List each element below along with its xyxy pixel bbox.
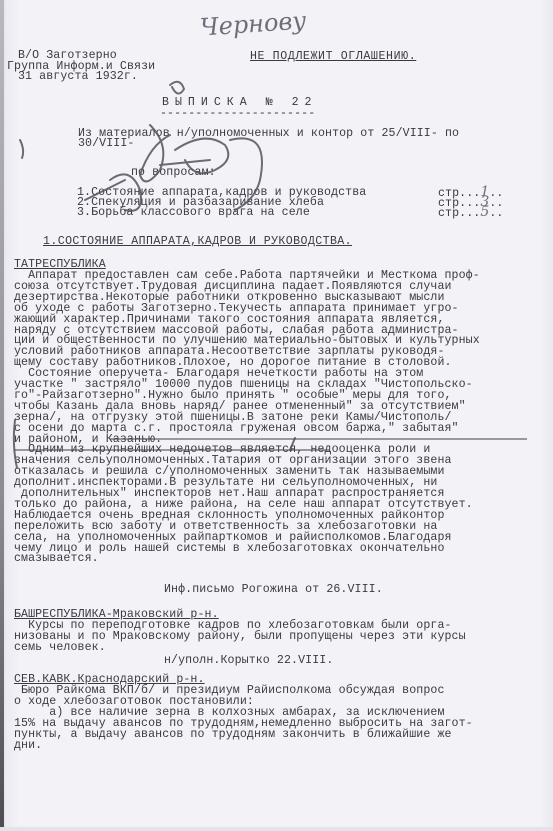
confidential-stamp: НЕ ПОДЛЕЖИТ ОГЛАШЕНИЮ.	[250, 51, 416, 62]
bashkir-signature: н/уполн.Корытко 22.VIII.	[164, 655, 333, 666]
body-text-line: села, на уполномоченных райпарткомов и р…	[14, 532, 452, 543]
document-date: 31 августа 1932г.	[18, 71, 138, 82]
toc-page-number: 5	[480, 204, 489, 220]
intro-line-2: 30/VIII-	[78, 138, 134, 149]
tatar-signature: Инф.письмо Рогожина от 26.VIII.	[164, 584, 383, 595]
handwritten-addressee: Чернову	[199, 6, 307, 41]
toc-item: 3.Борьба классового врага на селе	[77, 207, 310, 218]
questions-label: по вопросам:	[131, 167, 216, 178]
document-page: Чернову В/О Заготзерно Группа Информ.и С…	[0, 0, 553, 831]
body-text-line: дни.	[14, 740, 42, 751]
scan-bottom-edge	[0, 827, 553, 831]
body-text-line: пункты, а выдачу авансов по трудодням за…	[14, 729, 452, 740]
intro-line-1: Из материалов н/уполномоченных и контор …	[78, 128, 459, 139]
title-underline: ----------------------	[160, 108, 315, 119]
section-heading: 1.СОСТОЯНИЕ АППАРАТА,КАДРОВ И РУКОВОДСТВ…	[43, 236, 352, 247]
body-text-line: с осени до марта с.г. простояла груженая…	[14, 423, 459, 434]
body-text-line: семь человек.	[14, 642, 106, 653]
toc-page-label: стр...5..	[438, 207, 504, 219]
body-text-line: смазывается.	[14, 553, 99, 564]
body-text-line: жающий характер.Причинами такого состоян…	[14, 314, 445, 325]
scan-edge-shadow	[0, 0, 4, 831]
